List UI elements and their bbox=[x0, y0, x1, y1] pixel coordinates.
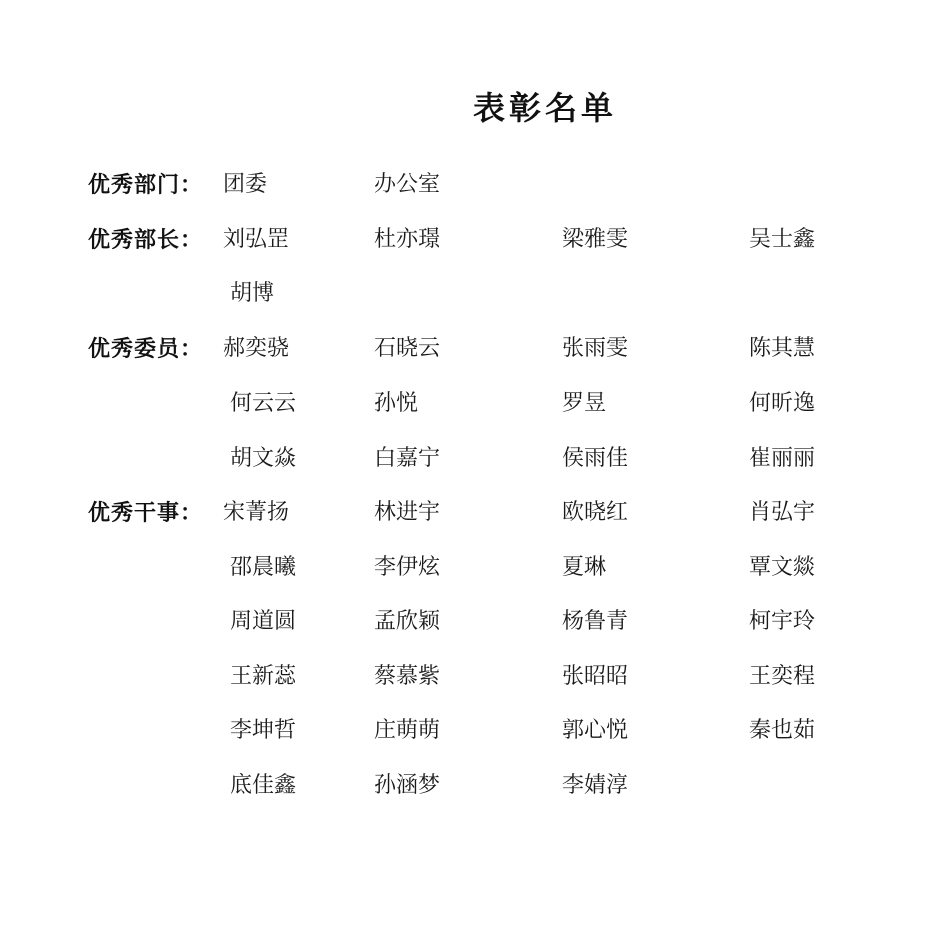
name-entry: 团委 bbox=[223, 169, 267, 201]
name-entry: 蔡慕紫 bbox=[374, 661, 440, 693]
name-row: 邵晨曦 李伊炫 夏琳 覃文燚 bbox=[0, 552, 945, 584]
name-row: 胡文焱 白嘉宁 侯雨佳 崔丽丽 bbox=[0, 443, 945, 475]
name-entry: 张昭昭 bbox=[562, 661, 628, 693]
name-entry: 林进宇 bbox=[374, 497, 440, 529]
name-entry: 办公室 bbox=[374, 169, 440, 201]
section-label: 优秀委员： bbox=[88, 333, 203, 365]
name-entry: 覃文燚 bbox=[749, 552, 815, 584]
name-entry: 何昕逸 bbox=[749, 388, 815, 420]
name-entry: 宋菁扬 bbox=[223, 497, 289, 529]
name-entry: 柯宇玲 bbox=[749, 606, 815, 638]
name-entry: 吴士鑫 bbox=[749, 224, 815, 256]
name-entry: 夏琳 bbox=[562, 552, 606, 584]
name-entry: 张雨雯 bbox=[562, 333, 628, 365]
name-entry: 胡文焱 bbox=[230, 443, 296, 475]
name-entry: 胡博 bbox=[230, 278, 274, 310]
name-entry: 李坤哲 bbox=[230, 715, 296, 747]
name-entry: 李伊炫 bbox=[374, 552, 440, 584]
name-entry: 陈其慧 bbox=[749, 333, 815, 365]
name-row: 王新蕊 蔡慕紫 张昭昭 王奕程 bbox=[0, 661, 945, 693]
section-outstanding-ministers: 优秀部长： 刘弘罡 杜亦璟 梁雅雯 吴士鑫 bbox=[0, 224, 945, 256]
section-label: 优秀部门： bbox=[88, 169, 203, 201]
name-row: 胡博 bbox=[0, 278, 945, 310]
name-entry: 罗昱 bbox=[562, 388, 606, 420]
section-outstanding-staff: 优秀干事： 宋菁扬 林进宇 欧晓红 肖弘宇 bbox=[0, 497, 945, 529]
name-entry: 崔丽丽 bbox=[749, 443, 815, 475]
name-entry: 王新蕊 bbox=[230, 661, 296, 693]
name-entry: 李婧淳 bbox=[562, 770, 628, 802]
name-entry: 侯雨佳 bbox=[562, 443, 628, 475]
name-row: 何云云 孙悦 罗昱 何昕逸 bbox=[0, 388, 945, 420]
name-entry: 何云云 bbox=[230, 388, 296, 420]
name-entry: 王奕程 bbox=[749, 661, 815, 693]
name-entry: 邵晨曦 bbox=[230, 552, 296, 584]
name-row: 李坤哲 庄萌萌 郭心悦 秦也茹 bbox=[0, 715, 945, 747]
section-outstanding-committee-members: 优秀委员： 郝奕骁 石晓云 张雨雯 陈其慧 bbox=[0, 333, 945, 365]
name-row: 周道圆 孟欣颖 杨鲁青 柯宇玲 bbox=[0, 606, 945, 638]
section-outstanding-departments: 优秀部门： 团委 办公室 bbox=[0, 169, 945, 201]
name-entry: 梁雅雯 bbox=[562, 224, 628, 256]
section-label: 优秀干事： bbox=[88, 497, 203, 529]
name-row: 底佳鑫 孙涵梦 李婧淳 bbox=[0, 770, 945, 802]
name-entry: 庄萌萌 bbox=[374, 715, 440, 747]
name-entry: 孙涵梦 bbox=[374, 770, 440, 802]
name-entry: 郭心悦 bbox=[562, 715, 628, 747]
name-entry: 孟欣颖 bbox=[374, 606, 440, 638]
name-entry: 孙悦 bbox=[374, 388, 418, 420]
name-entry: 郝奕骁 bbox=[223, 333, 289, 365]
name-entry: 肖弘宇 bbox=[749, 497, 815, 529]
name-entry: 石晓云 bbox=[374, 333, 440, 365]
name-entry: 周道圆 bbox=[230, 606, 296, 638]
name-entry: 杨鲁青 bbox=[562, 606, 628, 638]
name-entry: 白嘉宁 bbox=[374, 443, 440, 475]
name-entry: 底佳鑫 bbox=[230, 770, 296, 802]
page-title: 表彰名单 bbox=[0, 86, 945, 130]
name-entry: 杜亦璟 bbox=[374, 224, 440, 256]
section-label: 优秀部长： bbox=[88, 224, 203, 256]
name-entry: 刘弘罡 bbox=[223, 224, 289, 256]
name-entry: 秦也茹 bbox=[749, 715, 815, 747]
name-entry: 欧晓红 bbox=[562, 497, 628, 529]
